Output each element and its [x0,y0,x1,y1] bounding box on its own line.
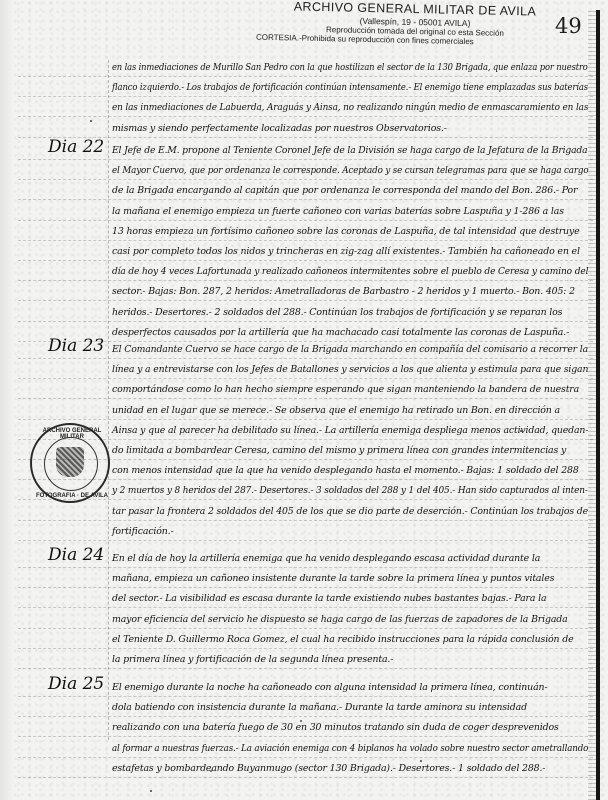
entry-text-line: mañana, empieza un cañoneo insistente du… [112,573,588,584]
ruled-line [18,179,593,180]
page-number: 49 [555,14,582,38]
entry-text-line: estafetas y bombardeando Buyanmugo (sect… [112,763,588,774]
ruled-line [18,668,593,669]
ruled-line [18,321,593,322]
entry-text-line: realizando con una batería fuego de 30 e… [112,722,588,733]
ruled-line [18,757,593,758]
ruled-line [18,300,593,301]
entry-text-line: el Teniente D. Guillermo Roca Gomez, el … [112,634,588,645]
entry-text-line: la mañana el enemigo empieza un fuerte c… [112,206,588,217]
ruled-line [18,341,593,342]
ruled-line [18,378,593,379]
ruled-line [18,76,593,77]
ruled-line [18,520,593,521]
ruled-line [18,96,593,97]
ruled-line [18,777,593,778]
ruled-line [18,736,593,737]
ruled-line [18,398,593,399]
ruled-line [18,280,593,281]
entry-text-line: Ainsa y que al parecer ha debilitado su … [112,425,586,436]
ruled-line [18,567,593,568]
scan-speck [300,720,302,722]
entry-text-line: tar pasar la frontera 2 soldados del 405… [112,506,585,517]
scan-speck [520,430,522,432]
scan-speck [150,790,152,792]
entry-text-line: flanco izquierdo.- Los trabajos de forti… [112,82,540,93]
entry-text-line: fortificación.- [112,526,588,537]
day-label: Dia 24 [48,545,104,565]
entry-text-line: mayor eficiencia del servicio he dispues… [112,614,588,625]
ruled-line [18,648,593,649]
ruled-line [18,459,593,460]
entry-text-line: en las inmediaciones de Murillo San Pedr… [112,62,536,73]
ruled-line [18,220,593,221]
seal-text-bottom: FOTOGRAFIA · DE AVILA [32,493,112,499]
archive-seal: ARCHIVO GENERAL MILITAR FOTOGRAFIA · DE … [30,423,110,503]
ruled-line [18,540,593,541]
ruled-line [18,116,593,117]
entry-text-line: de la Brigada encargando al capitán que … [112,185,588,196]
entry-text-line: sector.- Bajas: Bon. 287, 2 heridos: Ame… [112,286,588,297]
ruled-line [18,587,593,588]
entry-text-line: El enemigo durante la noche ha cañoneado… [112,682,588,693]
entry-text-line: 13 horas empieza un fortísimo cañoneo so… [112,226,588,237]
entry-text-line: unidad en el lugar que se merece.- Se ob… [112,405,588,416]
scan-speck [90,120,92,122]
scan-speck [210,770,212,772]
ruled-line [18,358,593,359]
entry-text-line: línea y a entrevistarse con los Jefes de… [112,364,585,375]
entry-text-line: heridos.- Desertores.- 2 soldados del 28… [112,307,588,318]
ruled-line [18,260,593,261]
ruled-line [18,696,593,697]
page-right-border [596,10,600,800]
ruled-line [18,439,593,440]
day-label: Dia 25 [48,674,104,694]
entry-text-line: en las inmediaciones de Labuerda, Araguá… [112,102,564,113]
scan-speck [420,760,422,762]
ruled-line [18,159,593,160]
ruled-line [18,479,593,480]
ruled-line [18,137,593,138]
document-page: ARCHIVO GENERAL MILITAR DE AVILA (Valles… [0,0,608,800]
margin-rule [108,60,109,740]
ruled-line [18,419,593,420]
day-label: Dia 23 [48,336,104,356]
entry-text-line: el Mayor Cuervo, que por ordenanza le co… [112,165,556,176]
archive-stamp: ARCHIVO GENERAL MILITAR DE AVILA (Valles… [250,2,580,45]
binding-strip [588,10,596,800]
entry-text-line: con menos intensidad que la que ha venid… [112,465,588,476]
entry-text-line: desperfectos causados por la artillería … [112,327,588,338]
day-label: Dia 22 [48,137,104,157]
entry-text-line: mismas y siendo perfectamente localizada… [112,123,588,134]
entry-text-line: al formar a nuestras fuerzas.- La aviaci… [112,743,554,754]
ruled-line [18,240,593,241]
entry-text-line: dola batiendo con insistencia durante la… [112,702,588,713]
entry-text-line: casi por completo todos los nidos y trin… [112,246,588,257]
ruled-line [18,499,593,500]
entry-text-line: En el día de hoy la artillería enemiga q… [112,553,588,564]
entry-text-line: del sector.- La visibilidad es escasa du… [112,593,588,604]
coat-of-arms-icon [56,447,84,477]
entry-text-line: día de hoy 4 veces Lafortunada y realiza… [112,266,572,277]
entry-text-line: El Comandante Cuervo se hace cargo de la… [112,344,583,355]
ruled-line [18,716,593,717]
entry-text-line: la primera línea y fortificación de la s… [112,654,588,665]
entry-text-line: do limitada a bombardear Ceresa, camino … [112,445,588,456]
ruled-line [18,199,593,200]
entry-text-line: El Jefe de E.M. propone al Teniente Coro… [112,145,578,156]
ruled-line [18,628,593,629]
entry-text-line: y 2 muertos y 8 heridos del 287.- Desert… [112,485,566,496]
entry-text-line: comportándose como lo han hecho siempre … [112,384,588,395]
page-left-edge [0,0,14,800]
ruled-line [18,607,593,608]
